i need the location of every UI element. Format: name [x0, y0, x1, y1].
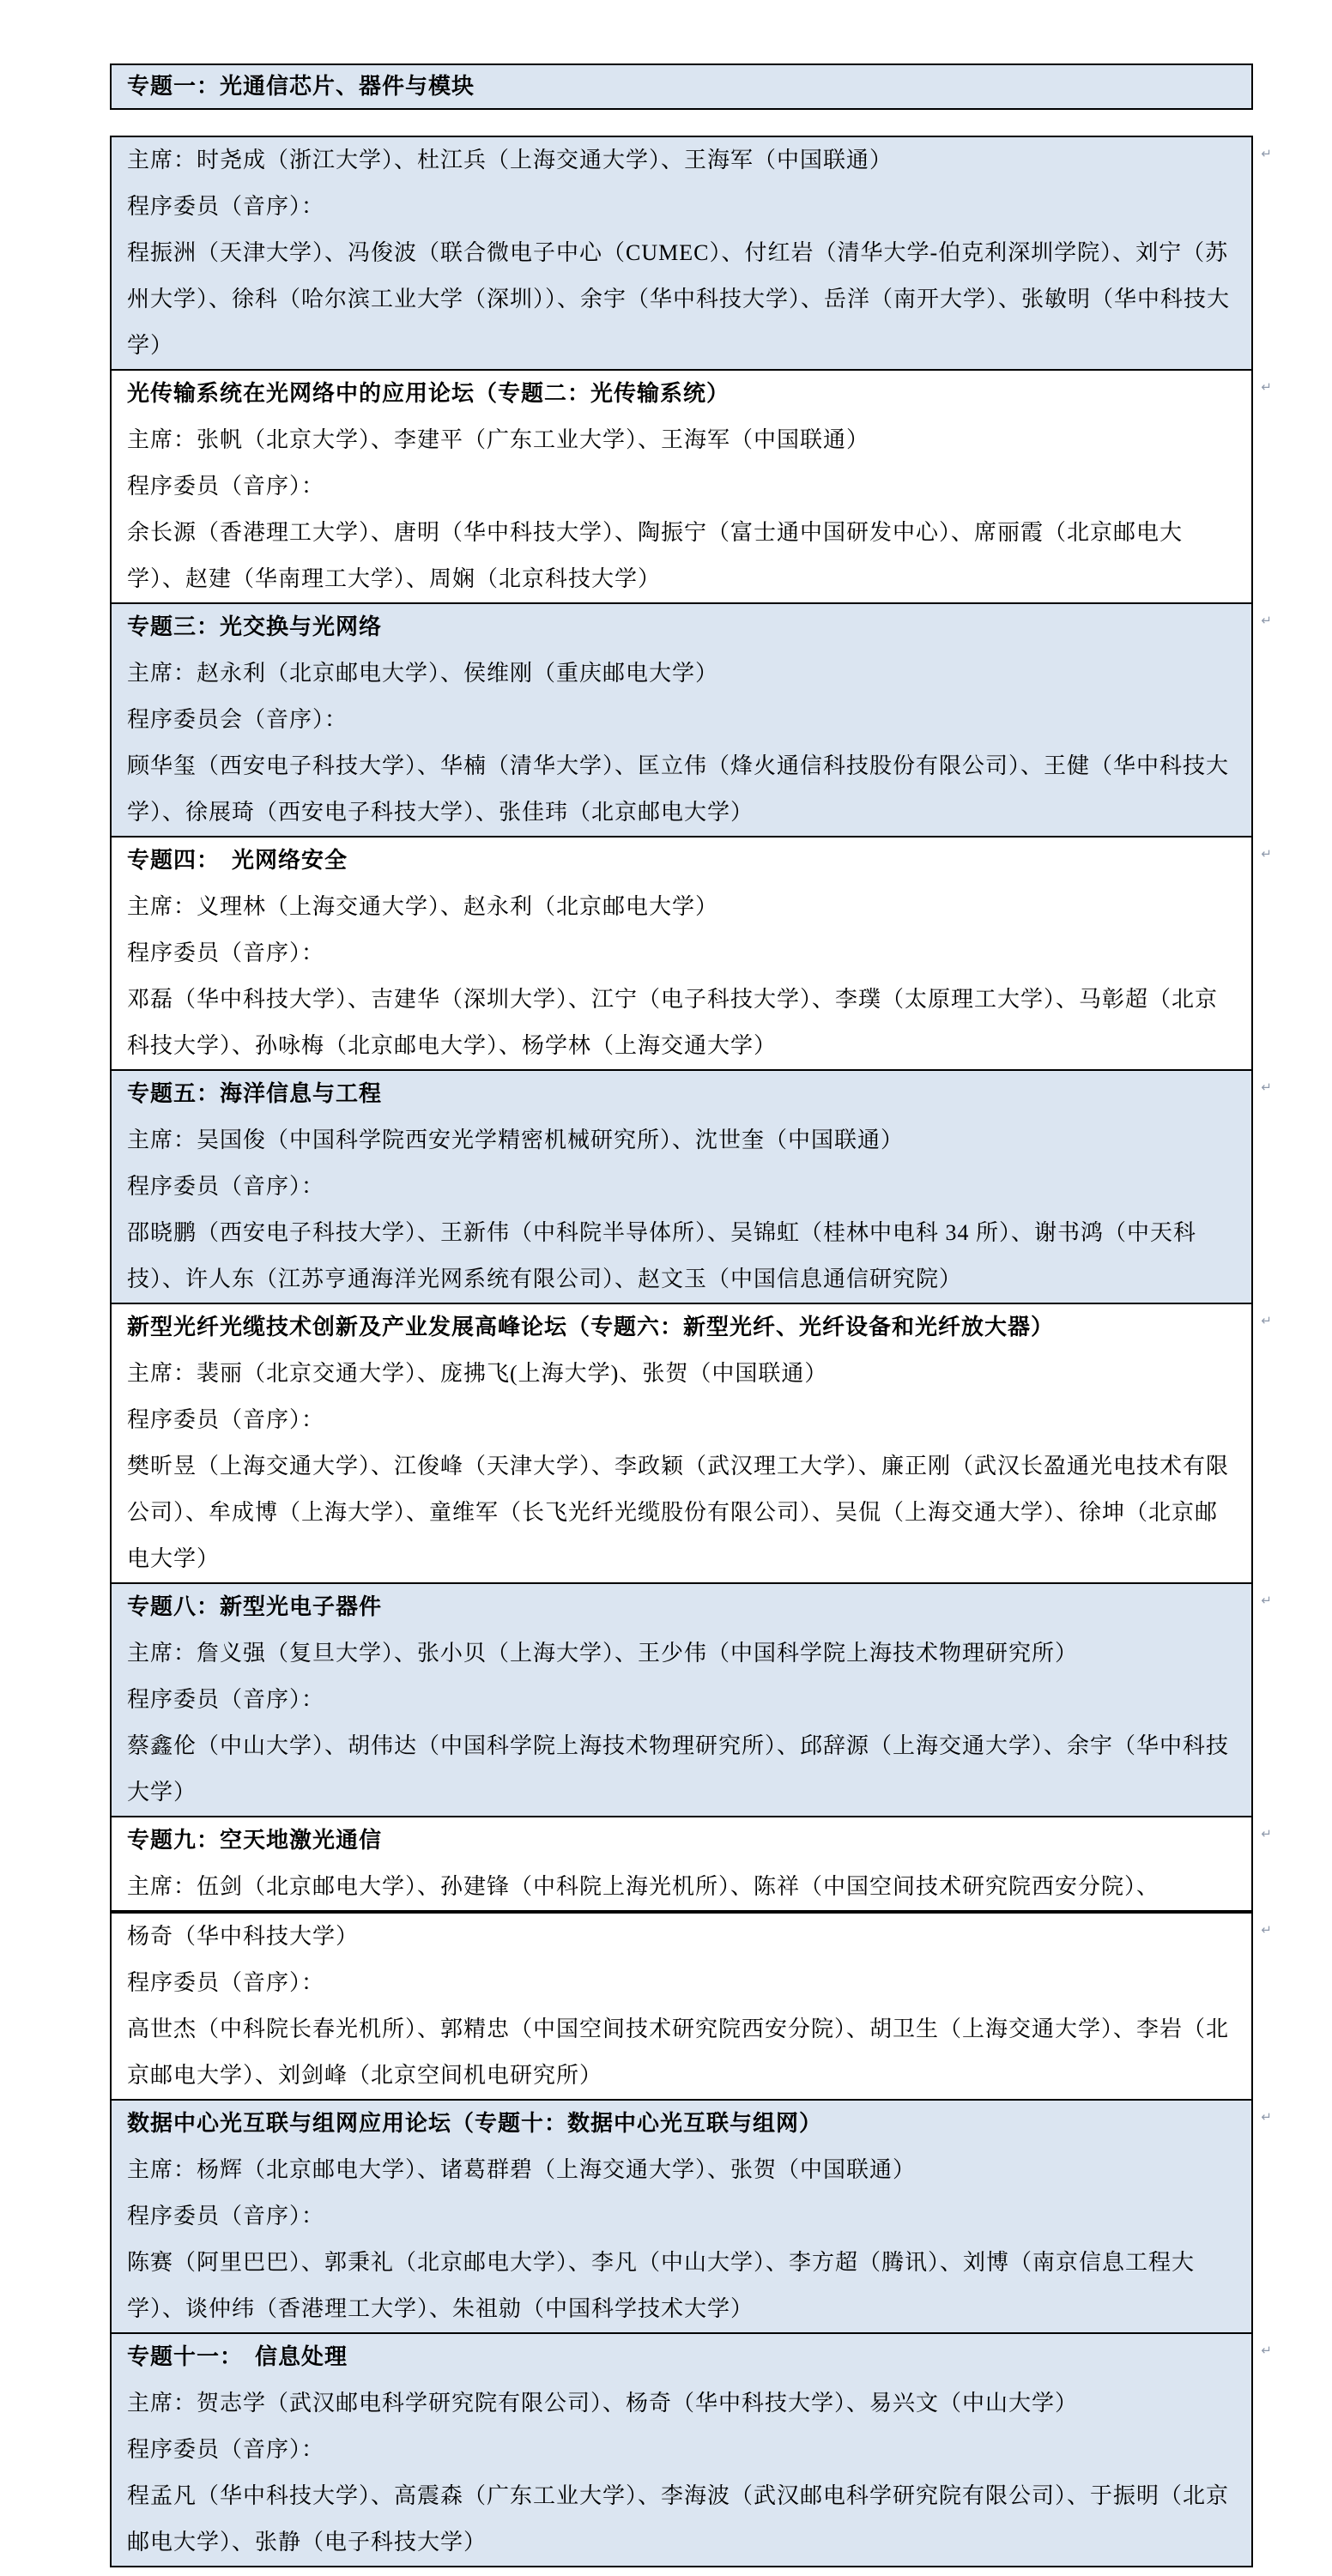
paragraph: 程序委员（音序）：	[127, 463, 1238, 510]
section-topic-3: 专题三：光交换与光网络主席：赵永利（北京邮电大学）、侯维刚（重庆邮电大学）程序委…	[112, 602, 1251, 836]
paragraph: 主席：义理林（上海交通大学）、赵永利（北京邮电大学）	[127, 884, 1238, 930]
section-header: 新型光纤光缆技术创新及产业发展高峰论坛（专题六：新型光纤、光纤设备和光纤放大器）	[127, 1304, 1238, 1351]
paragraph-mark-icon: ↵	[1261, 2111, 1272, 2124]
section-header: 专题三：光交换与光网络	[127, 604, 1238, 650]
section-topic-1-committee: 主席：时尧成（浙江大学）、杜江兵（上海交通大学）、王海军（中国联通）程序委员（音…	[112, 137, 1251, 369]
paragraph: 邵晓鹏（西安电子科技大学）、王新伟（中科院半导体所）、吴锦虹（桂林中电科 34 …	[127, 1210, 1238, 1303]
paragraph: 程序委员（音序）：	[127, 1677, 1238, 1723]
paragraph: 程序委员（音序）：	[127, 1960, 1238, 2006]
section-header: 专题五：海洋信息与工程	[127, 1071, 1238, 1117]
paragraph: 程序委员（音序）：	[127, 1164, 1238, 1210]
paragraph: 主席：杨辉（北京邮电大学）、诸葛群碧（上海交通大学）、张贺（中国联通）	[127, 2147, 1238, 2193]
paragraph: 主席：吴国俊（中国科学院西安光学精密机械研究所）、沈世奎（中国联通）	[127, 1117, 1238, 1164]
paragraph: 主席：伍剑（北京邮电大学）、孙建锋（中科院上海光机所）、陈祥（中国空间技术研究院…	[127, 1864, 1238, 1910]
section-topic-11: 专题十一： 信息处理主席：贺志学（武汉邮电科学研究院有限公司）、杨奇（华中科技大…	[112, 2332, 1251, 2566]
paragraph-mark-icon: ↵	[1261, 148, 1272, 160]
paragraph-mark-icon: ↵	[1261, 614, 1272, 627]
paragraph-mark-icon: ↵	[1261, 1081, 1272, 1094]
section-topic-2: 光传输系统在光网络中的应用论坛（专题二：光传输系统）主席：张帆（北京大学）、李建…	[112, 369, 1251, 602]
paragraph: 主席：赵永利（北京邮电大学）、侯维刚（重庆邮电大学）	[127, 650, 1238, 697]
paragraph-mark-icon: ↵	[1261, 381, 1272, 394]
section-header: 专题十一： 信息处理	[127, 2334, 1238, 2380]
paragraph: 主席：时尧成（浙江大学）、杜江兵（上海交通大学）、王海军（中国联通）	[127, 137, 1238, 184]
paragraph: 高世杰（中科院长春光机所）、郭精忠（中国空间技术研究院西安分院）、胡卫生（上海交…	[127, 2006, 1238, 2099]
section-topic-5: 专题五：海洋信息与工程主席：吴国俊（中国科学院西安光学精密机械研究所）、沈世奎（…	[112, 1069, 1251, 1303]
paragraph: 杨奇（华中科技大学）	[127, 1914, 1238, 1960]
paragraph: 樊昕昱（上海交通大学）、江俊峰（天津大学）、李政颖（武汉理工大学）、廉正刚（武汉…	[127, 1443, 1238, 1582]
paragraph: 程序委员会（音序）：	[127, 697, 1238, 743]
paragraph: 程序委员（音序）：	[127, 1397, 1238, 1443]
paragraph-mark-icon: ↵	[1261, 848, 1272, 861]
section-header: 数据中心光互联与组网应用论坛（专题十：数据中心光互联与组网）	[127, 2101, 1238, 2147]
section-topic-1-title: 专题一：光通信芯片、器件与模块	[112, 65, 1251, 108]
paragraph: 主席：裴丽（北京交通大学）、庞拂飞(上海大学)、张贺（中国联通）	[127, 1351, 1238, 1397]
paragraph-mark-icon: ↵	[1261, 1315, 1272, 1327]
paragraph-mark-icon: ↵	[1261, 1594, 1272, 1607]
section-header: 专题一：光通信芯片、器件与模块	[127, 65, 1238, 108]
paragraph: 主席：詹义强（复旦大学）、张小贝（上海大学）、王少伟（中国科学院上海技术物理研究…	[127, 1630, 1238, 1677]
section-topic-9-continued: 杨奇（华中科技大学）程序委员（音序）：高世杰（中科院长春光机所）、郭精忠（中国空…	[112, 1914, 1251, 2099]
topic-1-title-table: 专题一：光通信芯片、器件与模块	[110, 63, 1253, 110]
section-topic-6: 新型光纤光缆技术创新及产业发展高峰论坛（专题六：新型光纤、光纤设备和光纤放大器）…	[112, 1303, 1251, 1582]
paragraph: 蔡鑫伦（中山大学）、胡伟达（中国科学院上海技术物理研究所）、邱辞源（上海交通大学…	[127, 1723, 1238, 1816]
paragraph-mark-icon: ↵	[1261, 1828, 1272, 1841]
paragraph: 程序委员（音序）：	[127, 184, 1238, 230]
document-page: { "accent_fill_color": "#dbe5f1", "borde…	[0, 0, 1332, 2576]
paragraph-mark-icon: ↵	[1261, 2344, 1272, 2357]
section-topic-10: 数据中心光互联与组网应用论坛（专题十：数据中心光互联与组网）主席：杨辉（北京邮电…	[112, 2099, 1251, 2332]
paragraph: 程序委员（音序）：	[127, 2427, 1238, 2473]
paragraph: 余长源（香港理工大学）、唐明（华中科技大学）、陶振宁（富士通中国研发中心）、席丽…	[127, 510, 1238, 602]
paragraph: 程孟凡（华中科技大学）、高震森（广东工业大学）、李海波（武汉邮电科学研究院有限公…	[127, 2473, 1238, 2566]
paragraph: 程振洲（天津大学）、冯俊波（联合微电子中心（CUMEC）、付红岩（清华大学-伯克…	[127, 230, 1238, 369]
paragraph: 顾华玺（西安电子科技大学）、华楠（清华大学）、匡立伟（烽火通信科技股份有限公司）…	[127, 743, 1238, 836]
paragraph: 邓磊（华中科技大学）、吉建华（深圳大学）、江宁（电子科技大学）、李璞（太原理工大…	[127, 977, 1238, 1069]
paragraph: 程序委员（音序）：	[127, 930, 1238, 977]
section-header: 光传输系统在光网络中的应用论坛（专题二：光传输系统）	[127, 371, 1238, 417]
section-header: 专题九：空天地激光通信	[127, 1817, 1238, 1864]
section-header: 专题四： 光网络安全	[127, 838, 1238, 884]
section-topic-8: 专题八：新型光电子器件主席：詹义强（复旦大学）、张小贝（上海大学）、王少伟（中国…	[112, 1582, 1251, 1816]
paragraph: 程序委员（音序）：	[127, 2193, 1238, 2240]
topics-continuation-table: 杨奇（华中科技大学）程序委员（音序）：高世杰（中科院长春光机所）、郭精忠（中国空…	[110, 1912, 1253, 2567]
paragraph: 主席：贺志学（武汉邮电科学研究院有限公司）、杨奇（华中科技大学）、易兴文（中山大…	[127, 2380, 1238, 2427]
paragraph-mark-icon: ↵	[1261, 1924, 1272, 1937]
paragraph: 陈赛（阿里巴巴）、郭秉礼（北京邮电大学）、李凡（中山大学）、李方超（腾讯）、刘博…	[127, 2240, 1238, 2332]
paragraph: 主席：张帆（北京大学）、李建平（广东工业大学）、王海军（中国联通）	[127, 417, 1238, 463]
section-header: 专题八：新型光电子器件	[127, 1584, 1238, 1630]
section-topic-9: 专题九：空天地激光通信主席：伍剑（北京邮电大学）、孙建锋（中科院上海光机所）、陈…	[112, 1816, 1251, 1910]
topics-main-table: 主席：时尧成（浙江大学）、杜江兵（上海交通大学）、王海军（中国联通）程序委员（音…	[110, 136, 1253, 1912]
section-topic-4: 专题四： 光网络安全主席：义理林（上海交通大学）、赵永利（北京邮电大学）程序委员…	[112, 836, 1251, 1069]
